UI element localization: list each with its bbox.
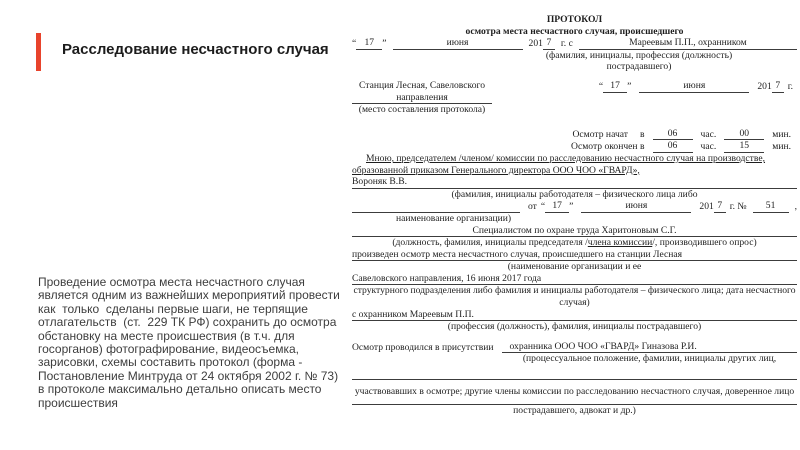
year-prefix: 201 (529, 38, 543, 50)
year-digit-blank: 7 (772, 80, 784, 93)
min-unit: мин. (772, 129, 791, 141)
inspection-caption: (наименование организации и ее (352, 261, 797, 273)
doc-date-row-2: “ 17 ” июня 201 7 г. (599, 80, 797, 105)
date-month-blank: июня (393, 37, 523, 50)
hour-unit: час. (701, 129, 717, 141)
participants-caption: пострадавшего, адвокат и др.) (352, 405, 797, 417)
inspection-end-row: Осмотр окончен в 06 час. 15 мин. (352, 140, 797, 153)
date-tail: г. (788, 81, 793, 93)
date-day-blank: 17 (356, 37, 382, 50)
start-min-blank: 00 (724, 128, 764, 141)
victim-line: с охранником Мареевым П.П. (352, 309, 797, 322)
close-quote: ” (569, 201, 573, 213)
caption-line: (фамилия, инициалы, профессия (должность… (482, 50, 796, 62)
place-lines: Станция Лесная, Савеловского направления (352, 80, 492, 104)
place-and-date-row: Станция Лесная, Савеловского направления… (352, 80, 797, 116)
end-label: Осмотр окончен в (571, 141, 644, 153)
victim-name-blank: Мареевым П.П., охранником (579, 37, 797, 50)
date-month-blank: июня (639, 80, 749, 93)
commission-line1: Мною, председателем /членом/ комиссии по… (352, 153, 797, 165)
red-accent-bar (36, 33, 41, 71)
presentation-slide: Расследование несчастного случая Проведе… (0, 0, 800, 450)
order-comma: , (795, 201, 797, 213)
employer-caption: (фамилия, инициалы работодателя – физиче… (352, 189, 797, 201)
min-unit: мин. (772, 141, 791, 153)
year-digit-blank: 7 (543, 37, 555, 50)
start-hour-blank: 06 (653, 128, 693, 141)
subdivision-caption: структурного подразделения либо фамилия … (352, 285, 797, 297)
order-day-blank: 17 (545, 200, 569, 213)
divider-line (352, 379, 797, 380)
year-prefix: 201 (699, 201, 713, 213)
specialist-line: Специалистом по охране труда Харитоновым… (352, 225, 797, 238)
slide-title: Расследование несчастного случая (62, 41, 362, 58)
presence-caption: (процессуальное положение, фамилии, иниц… (502, 353, 797, 365)
org-caption: наименование организации) (396, 213, 797, 225)
place-caption: (место составления протокола) (352, 104, 492, 116)
inspection-line: произведен осмотр места несчастного случ… (352, 249, 797, 262)
victim-caption: (профессия (должность), фамилия, инициал… (352, 321, 797, 333)
place-column: Станция Лесная, Савеловского направления… (352, 80, 492, 116)
year-prefix: 201 (757, 81, 771, 93)
caption-pre: (должность, фамилия, инициалы председате… (392, 237, 587, 248)
order-number-label: г. № (730, 201, 747, 213)
order-row: от “ 17 ” июня 201 7 г. № 51 , (352, 200, 797, 213)
specialist-caption: (должность, фамилия, инициалы председате… (352, 237, 797, 249)
hour-unit: час. (701, 141, 717, 153)
protocol-document: ПРОТОКОЛ осмотра места несчастного случа… (352, 14, 797, 416)
case-caption: случая) (352, 297, 797, 309)
place-line1: Станция Лесная, Савеловского (352, 80, 492, 92)
presence-value-blank: охранника ООО ЧОО «ГВАРД» Гиназова Р.И. (502, 341, 798, 354)
year-digit-blank: 7 (714, 200, 726, 213)
slide-body-text: Проведение осмотра места несчастного слу… (38, 276, 360, 410)
start-label: Осмотр начат в (573, 129, 645, 141)
close-quote: ” (382, 38, 386, 50)
commission-line2: образованной приказом Генерального дирек… (352, 165, 797, 177)
employer-name-line: Вороняк В.В. (352, 176, 797, 189)
doc-date-row: “ 17 ” июня 201 7 г. с Мареевым П.П., ох… (352, 37, 797, 50)
inspection-start-row: Осмотр начат в 06 час. 00 мин. (352, 128, 797, 141)
order-number-blank: 51 (753, 200, 789, 213)
presence-row: Осмотр проводился в присутствии охранник… (352, 341, 797, 354)
order-month-blank: июня (581, 200, 691, 213)
caption-marked: члена комиссии (588, 237, 652, 248)
doc-heading-line1: ПРОТОКОЛ (352, 14, 797, 26)
close-quote: ” (627, 81, 631, 93)
order-from: от (528, 201, 537, 213)
end-hour-blank: 06 (653, 140, 693, 153)
end-min-blank: 15 (724, 140, 764, 153)
direction-line: Савеловского направления, 16 июня 2017 г… (352, 273, 797, 286)
place-line2: направления (352, 92, 492, 104)
victim-caption-block: (фамилия, инициалы, профессия (должность… (482, 50, 796, 73)
date-day-blank: 17 (603, 80, 627, 93)
presence-label: Осмотр проводился в присутствии (352, 342, 494, 354)
caption-post: /, производившего опрос) (652, 237, 756, 248)
caption-line: пострадавшего) (482, 61, 796, 73)
doc-heading-line2: осмотра места несчастного случая, происш… (352, 26, 797, 38)
participants-line: участвовавших в осмотре; другие члены ко… (352, 386, 797, 398)
date-tail: г. с (561, 38, 573, 50)
